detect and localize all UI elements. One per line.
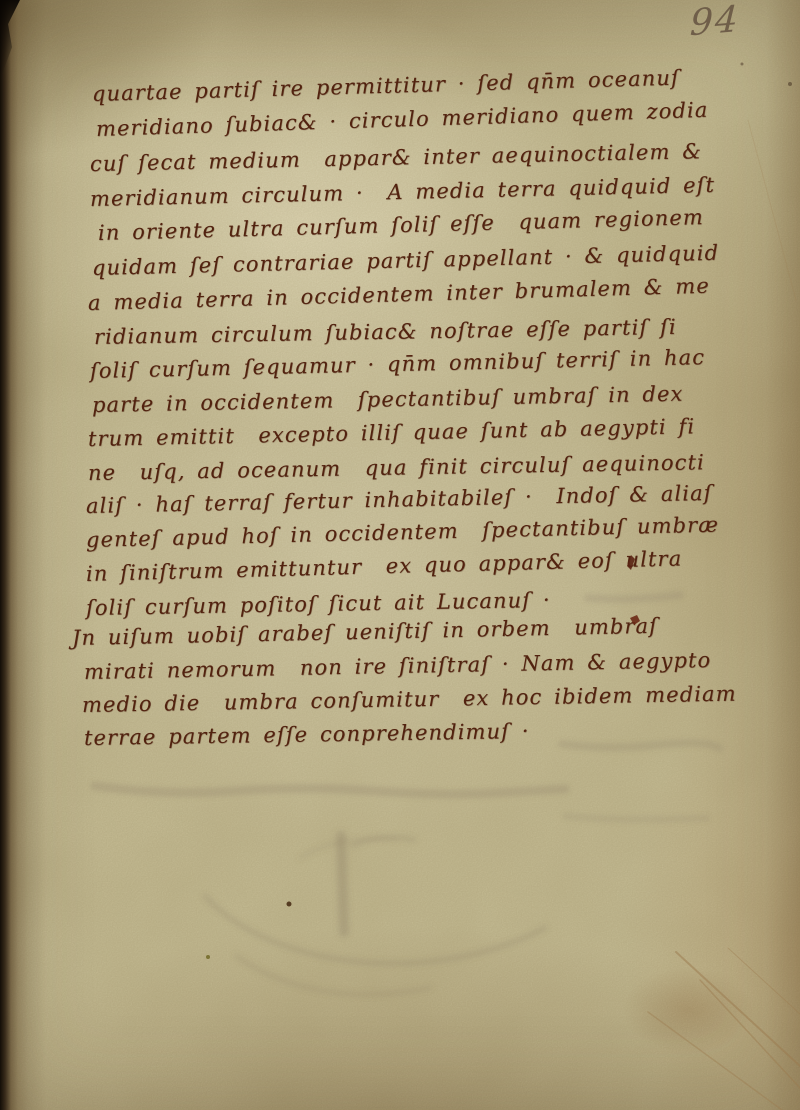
text-line-11: trum emittit excepto illiſ quae ſunt ab … [88,416,696,450]
text-line-12: ne uſq, ad oceanum qua finit circuluſ ae… [88,452,705,484]
text-line-5: in oriente ultra curſum ſoliſ eſſe quam … [98,207,704,244]
text-line-13: aliſ · haſ terraſ fertur inhabitabileſ ·… [86,483,713,517]
text-line-19: medio die umbra conſumitur ex hoc ibidem… [82,684,737,716]
manuscript-text-block: quartae partiſ ire permittitur · ſed qn̄… [0,0,800,1110]
manuscript-photo-page: 94 quartae partiſ ire permittitur · ſed … [0,0,800,1110]
text-line-17: Jn uiſum uobiſ arabeſ ueniſtiſ in orbem … [72,616,658,649]
text-line-16: ſoliſ curſum poſitoſ ſicut ait Lucanuſ · [86,590,551,619]
text-line-20: terrae partem eſſe conprehendimuſ · [84,721,530,749]
text-line-9: ſoliſ curſum ſequamur · qn̄m omnibuſ ter… [90,347,706,382]
text-line-3: cuſ ſecat medium appar& inter aequinocti… [90,141,702,175]
text-line-14: genteſ apud hoſ in occidentem ſpectantib… [86,515,720,551]
text-line-1: quartae partiſ ire permittitur · ſed qn̄… [92,68,680,105]
text-line-18: mirati nemorum non ire ſiniſtraſ · Nam &… [84,650,712,683]
text-line-8: ridianum circulum ſubiac& noſtrae eſſe p… [94,317,677,348]
text-line-7: a media terra in occidentem inter brumal… [88,276,710,314]
text-line-6: quidam ſeſ contrariae partiſ appellant ·… [92,243,720,279]
text-line-2: meridiano ſubiac& · circulo meridiano qu… [96,100,709,140]
text-line-15: in ſiniſtrum emittuntur ex quo appar& eo… [86,548,683,585]
text-line-4: meridianum circulum · A media terra quid… [90,175,716,210]
text-line-10: parte in occidentem ſpectantibuſ umbraſ … [92,384,684,416]
